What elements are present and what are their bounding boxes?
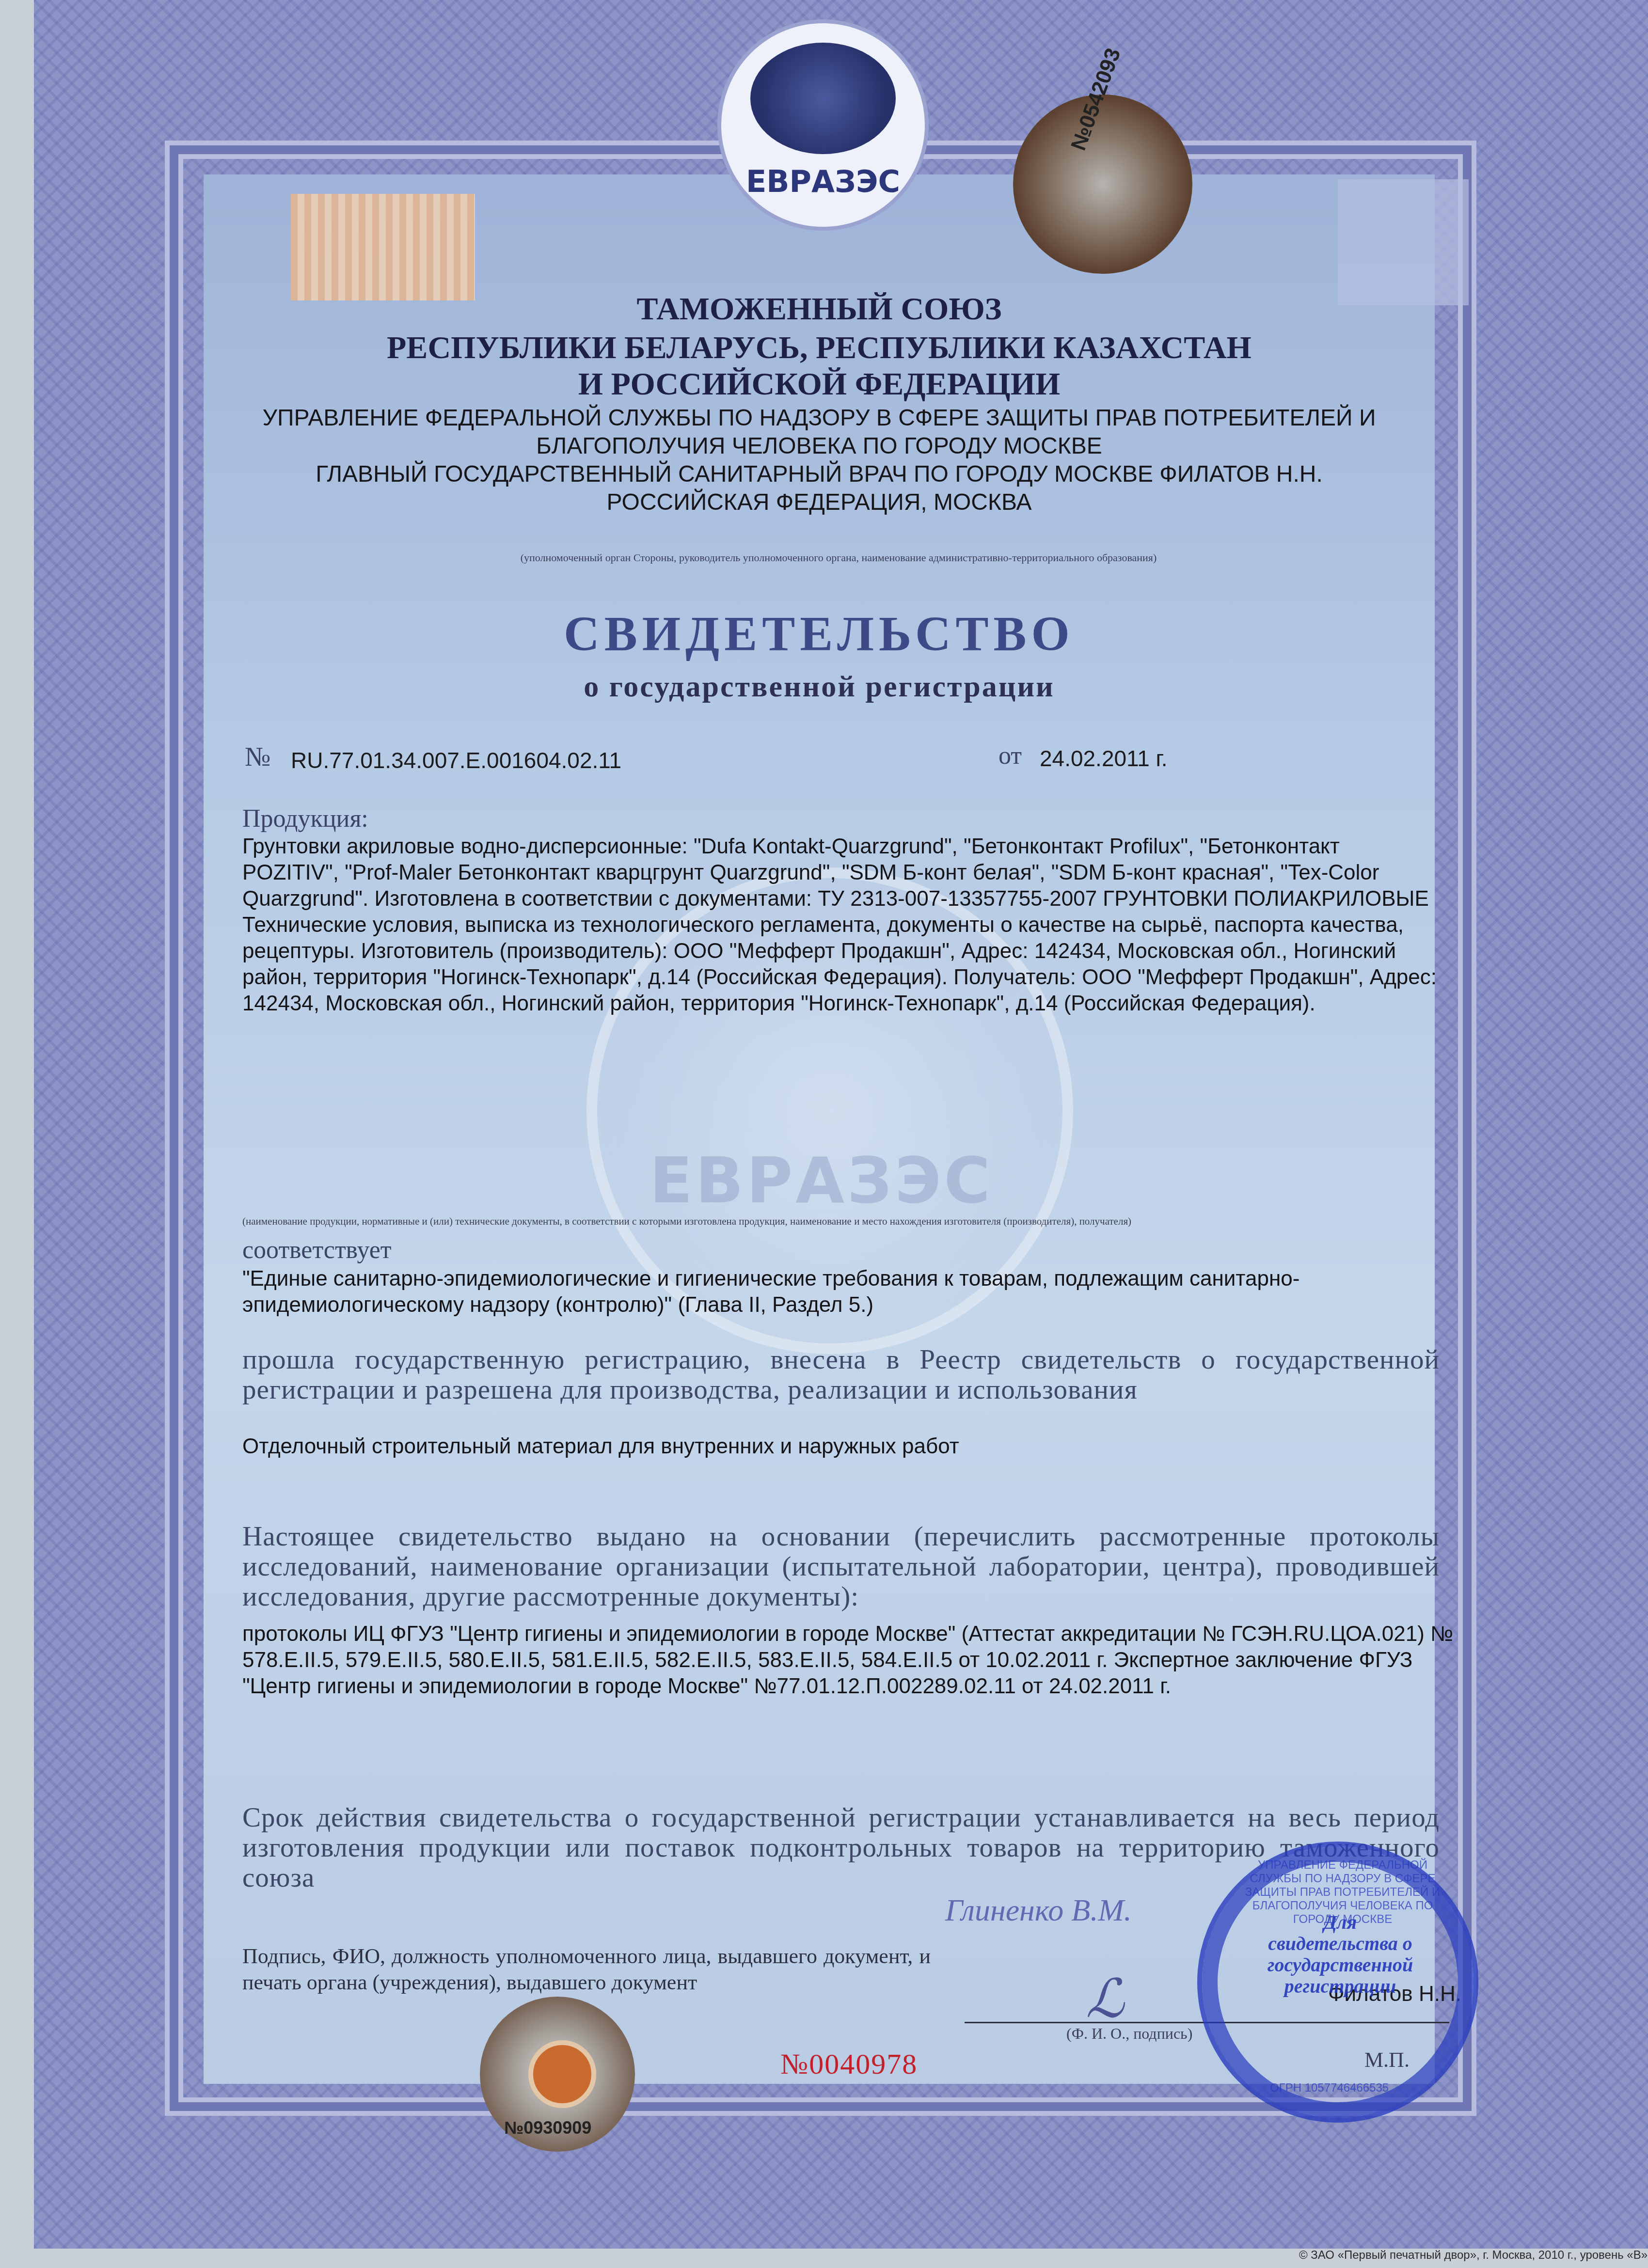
authority-line-4: РОССИЙСКАЯ ФЕДЕРАЦИЯ, МОСКВА — [204, 489, 1435, 516]
hologram-sticker-top — [1013, 94, 1192, 274]
basis-statement: Настоящее свидетельство выдано на основа… — [242, 1522, 1440, 1612]
stamp-ogrn: ОГРН 1057746466535 — [1270, 2081, 1389, 2095]
union-line-1: ТАМОЖЕННЫЙ СОЮЗ — [204, 291, 1435, 328]
union-line-3: И РОССИЙСКОЙ ФЕДЕРАЦИИ — [204, 366, 1435, 403]
registration-date: 24.02.2011 г. — [1040, 745, 1168, 772]
emblem-label: ЕВРАЗЭС — [721, 164, 925, 199]
certificate-subtitle: о государственной регистрации — [204, 670, 1435, 704]
conformity-label: соответствует — [242, 1236, 392, 1264]
date-label: от — [998, 741, 1022, 770]
conformity-text: "Единые санитарно-эпидемиологические и г… — [242, 1266, 1440, 1318]
usage-text: Отделочный строительный материал для вну… — [242, 1433, 1440, 1460]
number-label: № — [245, 741, 270, 772]
union-line-2: РЕСПУБЛИКИ БЕЛАРУСЬ, РЕСПУБЛИКИ КАЗАХСТА… — [204, 330, 1435, 366]
basis-documents: протоколы ИЦ ФГУЗ "Центр гигиены и эпиде… — [242, 1621, 1474, 1700]
security-foil-patch — [291, 194, 475, 300]
hologram-bottom-code: №0930909 — [504, 2118, 591, 2138]
eurasec-emblem: ЕВРАЗЭС — [717, 19, 929, 231]
printer-footer: © ЗАО «Первый печатный двор», г. Москва,… — [1299, 2249, 1648, 2262]
signature-note: Подпись, ФИО, должность уполномоченного … — [242, 1943, 931, 1996]
registration-number: RU.77.01.34.007.Е.001604.02.11 — [291, 747, 621, 773]
product-description: Грунтовки акриловые водно-дисперсионные:… — [242, 834, 1440, 1017]
hologram-cross-icon — [528, 2040, 596, 2108]
product-note: (наименование продукции, нормативные и (… — [242, 1215, 1131, 1228]
certificate-title: СВИДЕТЕЛЬСТВО — [204, 606, 1435, 662]
authority-line-3: ГЛАВНЫЙ ГОСУДАРСТВЕННЫЙ САНИТАРНЫЙ ВРАЧ … — [204, 461, 1435, 488]
watermark-text: ЕВРАЗЭС — [650, 1144, 989, 1217]
authority-note: (уполномоченный орган Стороны, руководит… — [330, 551, 1347, 564]
stamp-ring-text: УПРАВЛЕНИЕ ФЕДЕРАЛЬНОЙ СЛУЖБЫ ПО НАДЗОРУ… — [1241, 1858, 1444, 1926]
serial-number: №0040978 — [780, 2047, 918, 2081]
globe-icon — [750, 43, 896, 154]
signature-mark: ℒ — [1086, 1968, 1124, 2030]
product-label: Продукция: — [242, 804, 368, 833]
signature-caption: (Ф. И. О., подпись) — [1066, 2025, 1192, 2043]
authority-line-2: БЛАГОПОЛУЧИЯ ЧЕЛОВЕКА ПО ГОРОДУ МОСКВЕ — [204, 433, 1435, 459]
security-patch-right — [1338, 179, 1469, 305]
registry-statement: прошла государственную регистрацию, внес… — [242, 1345, 1440, 1405]
handwritten-name: Глиненко В.М. — [945, 1892, 1132, 1928]
authority-line-1: УПРАВЛЕНИЕ ФЕДЕРАЛЬНОЙ СЛУЖБЫ ПО НАДЗОРУ… — [204, 405, 1435, 431]
